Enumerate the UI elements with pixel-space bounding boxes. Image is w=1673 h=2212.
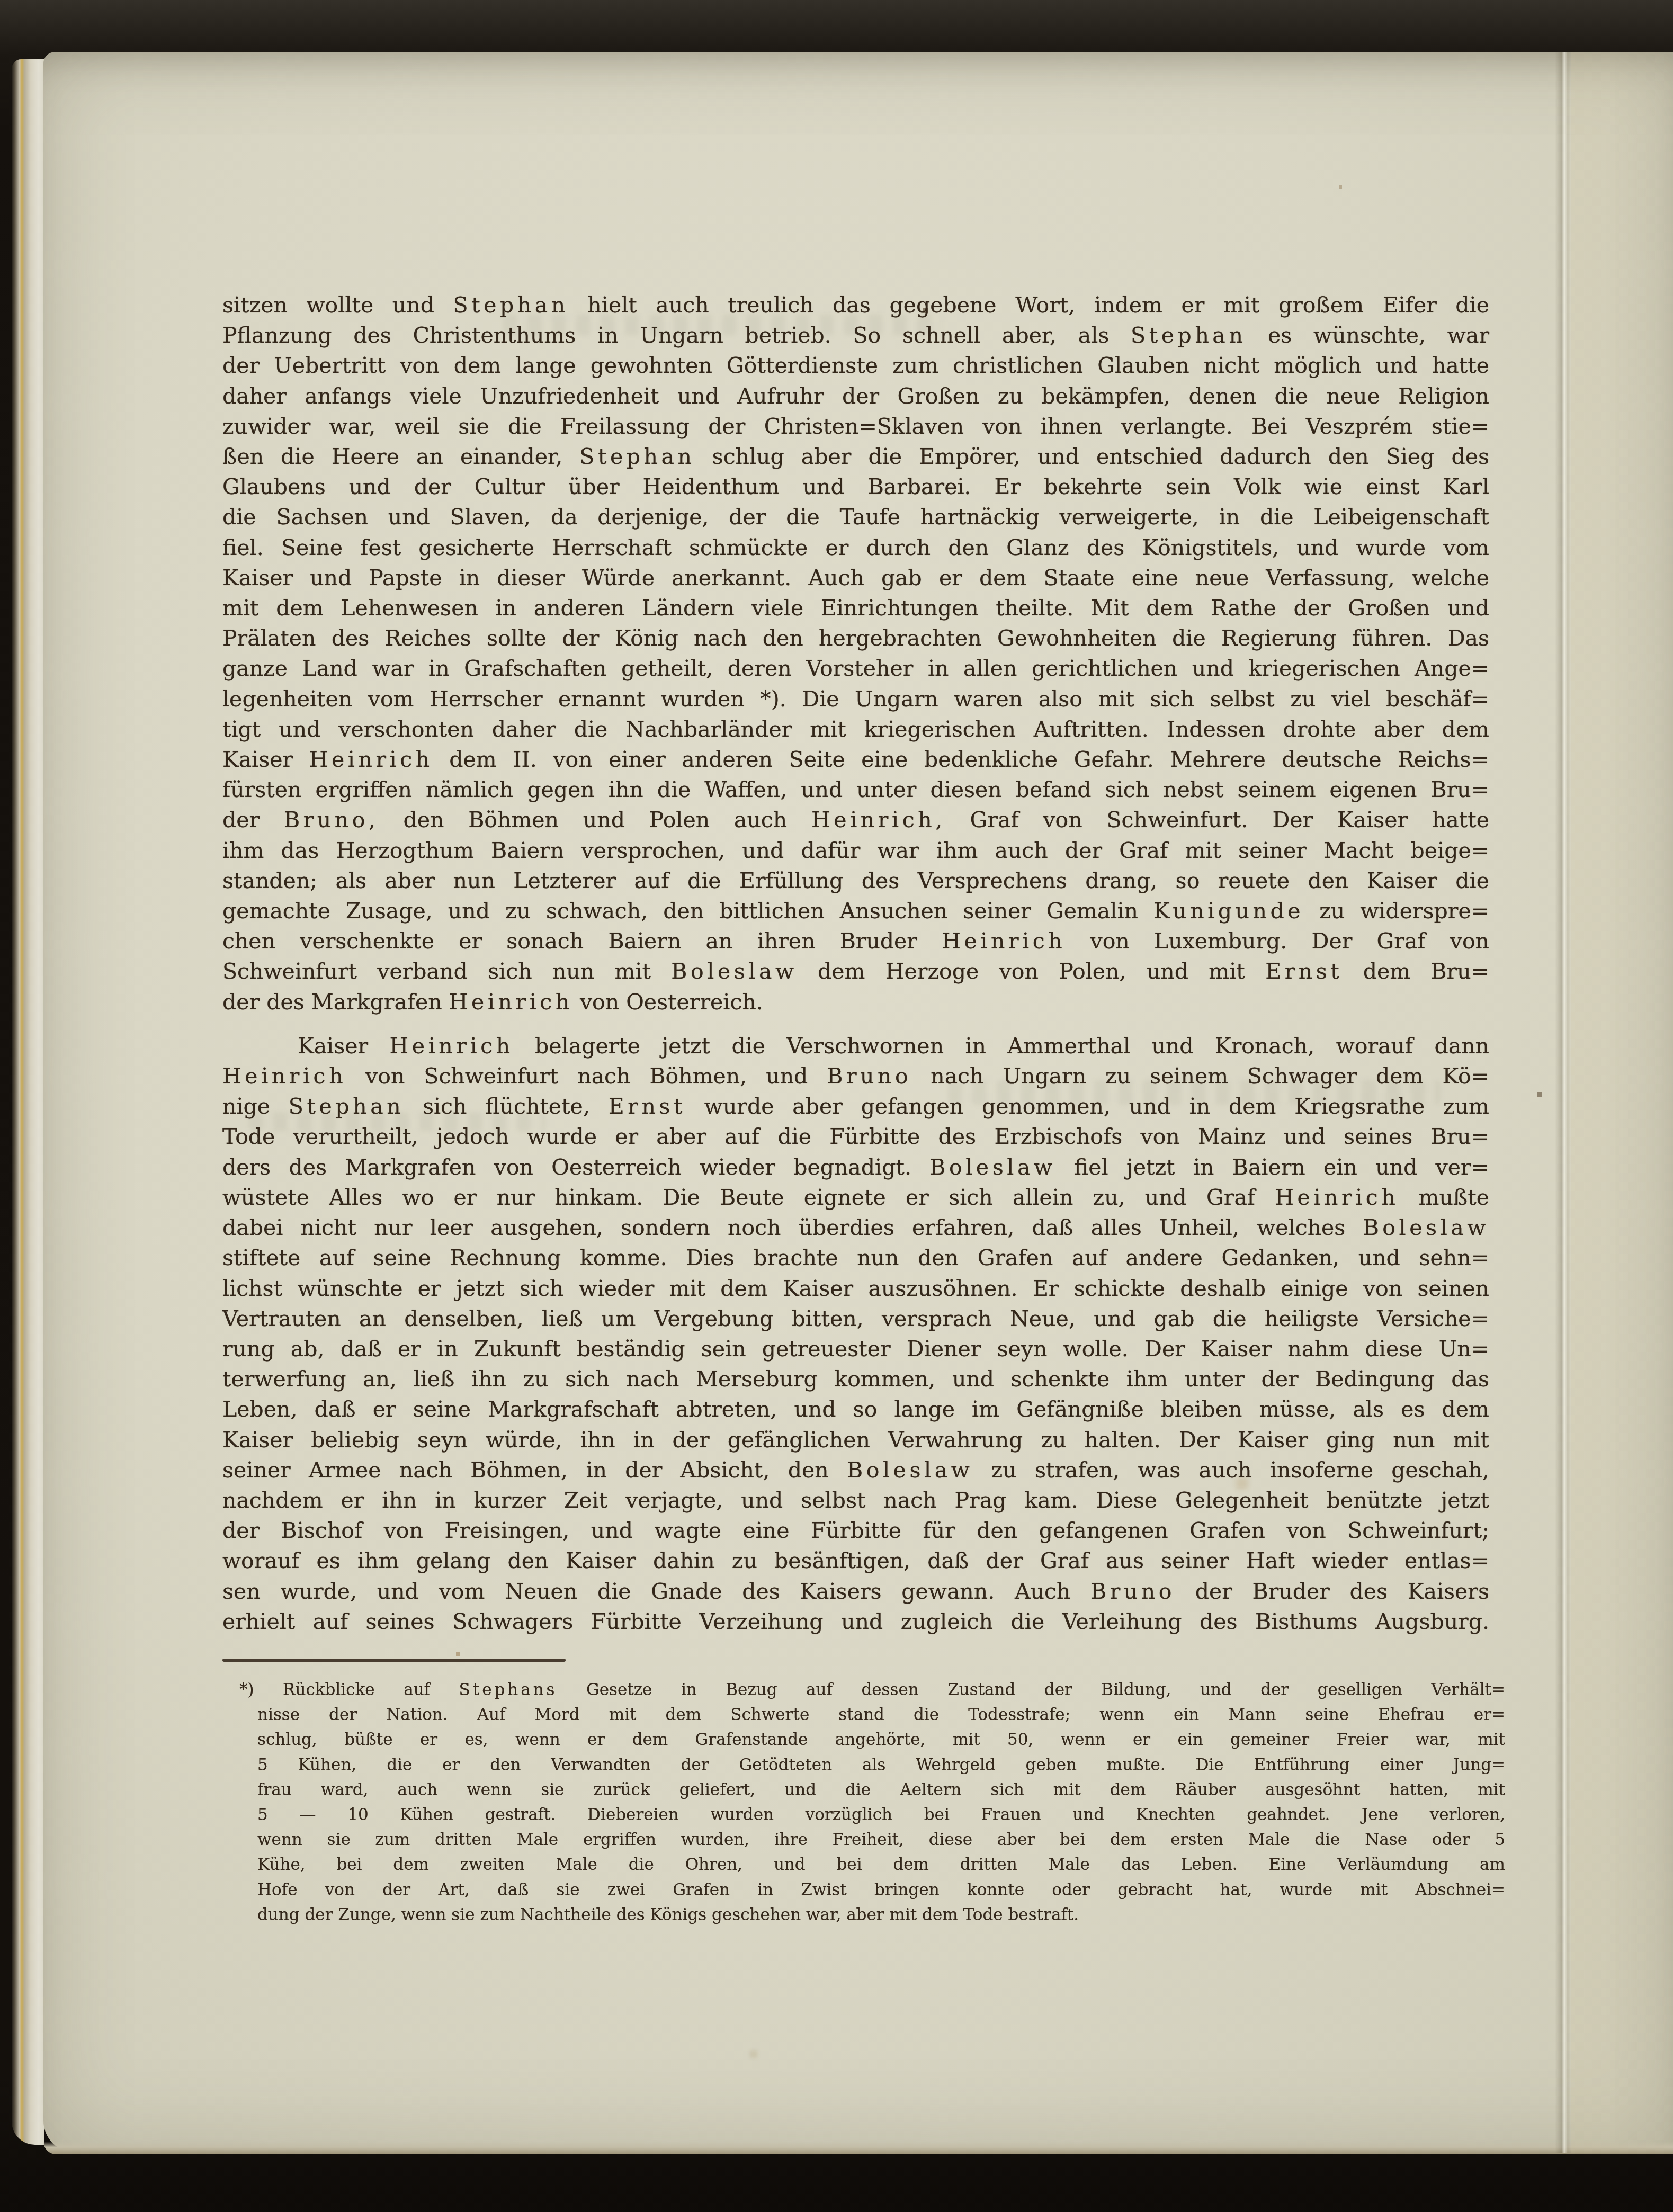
spaced-name: Heinrich <box>942 928 1066 954</box>
paragraph: sitzen wollte und Stephan hielt auch tre… <box>222 290 1489 1017</box>
text-line: mit dem Lehenwesen in anderen Ländern vi… <box>222 593 1489 623</box>
page-edge-stack <box>12 59 44 2145</box>
spaced-name: Heinrich <box>309 747 433 772</box>
text-line: ihm das Herzogthum Baiern versprochen, u… <box>222 836 1489 866</box>
text-line: nachdem er ihn in kurzer Zeit verjagte, … <box>222 1485 1489 1516</box>
text-line: ders des Markgrafen von Oesterreich wied… <box>222 1152 1489 1183</box>
text-line: Leben, daß er seine Markgrafschaft abtre… <box>222 1394 1489 1425</box>
spaced-name: Heinrich <box>449 989 573 1015</box>
text-line: tigt und verschonten daher die Nachbarlä… <box>222 714 1489 745</box>
spaced-name: Stephans <box>459 1680 558 1699</box>
text-line: gemachte Zusage, und zu schwach, den bit… <box>222 896 1489 926</box>
text-line: fürsten ergriffen nämlich gegen ihn die … <box>222 775 1489 805</box>
text-line: der des Markgrafen Heinrich von Oesterre… <box>222 987 1489 1017</box>
spaced-name: Boleslaw <box>1363 1215 1489 1240</box>
footnote-line: 5 — 10 Kühen gestraft. Diebereien wurden… <box>239 1803 1505 1828</box>
text-line: Tode verurtheilt, jedoch wurde er aber a… <box>222 1122 1489 1152</box>
adjacent-page-edge <box>1571 52 1673 2153</box>
text-line: ßen die Heere an einander, Stephan schlu… <box>222 442 1489 472</box>
text-line: Kaiser Heinrich dem II. von einer andere… <box>222 745 1489 775</box>
text-line: lichst wünschte er jetzt sich wieder mit… <box>222 1274 1489 1304</box>
text-line: fiel. Seine fest gesicherte Herrschaft s… <box>222 533 1489 563</box>
page-bottom-edge <box>43 2142 1673 2154</box>
spaced-name: Heinrich <box>222 1063 346 1089</box>
text-line: Prälaten des Reiches sollte der König na… <box>222 623 1489 653</box>
text-line: Pflanzung des Christenthums in Ungarn be… <box>222 320 1489 351</box>
text-line: Vertrauten an denselben, ließ um Vergebu… <box>222 1304 1489 1334</box>
text-line: zuwider war, weil sie die Freilassung de… <box>222 411 1489 442</box>
footnote-line: wenn sie zum dritten Male ergriffen wurd… <box>239 1828 1505 1852</box>
text-line: wüstete Alles wo er nur hinkam. Die Beut… <box>222 1183 1489 1213</box>
text-line: standen; als aber nun Letzterer auf die … <box>222 866 1489 896</box>
spaced-name: Boleslaw <box>847 1457 973 1483</box>
paragraph: Kaiser Heinrich belagerte jetzt die Vers… <box>222 1031 1489 1637</box>
text-line: stiftete auf seine Rechnung komme. Dies … <box>222 1243 1489 1273</box>
footnote-text: *) Rückblicke auf Stephans Gesetze in Be… <box>239 1678 1505 1928</box>
spaced-name: Bruno <box>1090 1579 1175 1604</box>
text-line: terwerfung an, ließ ihn zu sich nach Mer… <box>222 1364 1489 1394</box>
text-line: daher anfangs viele Unzufriedenheit und … <box>222 381 1489 411</box>
text-line: seiner Armee nach Böhmen, in der Absicht… <box>222 1455 1489 1485</box>
text-line: der Bruno, den Böhmen und Polen auch Hei… <box>222 805 1489 835</box>
text-line: Glaubens und der Cultur über Heidenthum … <box>222 472 1489 502</box>
footnote-line: schlug, büßte er es, wenn er dem Grafens… <box>239 1727 1505 1752</box>
spaced-name: Ernst <box>1265 959 1343 984</box>
spaced-name: Kunigunde <box>1153 898 1304 924</box>
footnote-separator <box>222 1659 566 1662</box>
spaced-name: Stephan <box>453 292 569 318</box>
footnote-line: Hofe von der Art, daß sie zwei Grafen in… <box>239 1878 1505 1903</box>
footnote-line: nisse der Nation. Auf Mord mit dem Schwe… <box>239 1703 1505 1727</box>
text-line: Schweinfurt verband sich nun mit Bolesla… <box>222 956 1489 987</box>
main-text: sitzen wollte und Stephan hielt auch tre… <box>222 290 1489 1637</box>
text-line: die Sachsen und Slaven, da derjenige, de… <box>222 502 1489 532</box>
text-line: der Uebertritt von dem lange gewohnten G… <box>222 351 1489 381</box>
text-line: sitzen wollte und Stephan hielt auch tre… <box>222 290 1489 320</box>
spaced-name: Ernst <box>609 1094 686 1119</box>
text-line: der Bischof von Freisingen, und wagte ei… <box>222 1516 1489 1546</box>
footnote-line: *) Rückblicke auf Stephans Gesetze in Be… <box>239 1678 1505 1703</box>
footnote-line: frau ward, auch wenn sie zurück geliefer… <box>239 1778 1505 1803</box>
footnote-line: dung der Zunge, wenn sie zum Nachtheile … <box>239 1903 1505 1928</box>
text-line: chen verschenkte er sonach Baiern an ihr… <box>222 926 1489 956</box>
footnote-line: Kühe, bei dem zweiten Male die Ohren, un… <box>239 1852 1505 1877</box>
text-line: rung ab, daß er in Zukunft beständig sei… <box>222 1334 1489 1364</box>
text-line: Kaiser und Papste in dieser Würde anerka… <box>222 563 1489 593</box>
scan-backdrop: sitzen wollte und Stephan hielt auch tre… <box>0 0 1673 2212</box>
text-line: Kaiser beliebig seyn würde, ihn in der g… <box>222 1425 1489 1455</box>
spaced-name: Stephan <box>1131 323 1246 348</box>
spaced-name: Boleslaw <box>929 1154 1055 1180</box>
page-crease <box>1555 52 1571 2153</box>
spaced-name: Bruno, <box>284 807 379 832</box>
text-line: dabei nicht nur leer ausgehen, sondern n… <box>222 1213 1489 1243</box>
footnote-line: 5 Kühen, die er den Verwandten der Getöd… <box>239 1753 1505 1778</box>
text-line: sen wurde, und vom Neuen die Gnade des K… <box>222 1577 1489 1607</box>
paper-specks <box>0 0 1 1</box>
text-line: ganze Land war in Grafschaften getheilt,… <box>222 653 1489 684</box>
spaced-name: Heinrich <box>1275 1185 1399 1210</box>
text-line: nige Stephan sich flüchtete, Ernst wurde… <box>222 1091 1489 1122</box>
text-line: Heinrich von Schweinfurt nach Böhmen, un… <box>222 1061 1489 1091</box>
spaced-name: Stephan <box>289 1094 404 1119</box>
spaced-name: Stephan <box>579 444 695 469</box>
text-line: legenheiten vom Herrscher ernannt wurden… <box>222 684 1489 714</box>
text-line: Kaiser Heinrich belagerte jetzt die Vers… <box>222 1031 1489 1061</box>
text-line: erhielt auf seines Schwagers Fürbitte Ve… <box>222 1607 1489 1637</box>
spaced-name: Boleslaw <box>671 959 797 984</box>
spaced-name: Bruno <box>827 1063 911 1089</box>
spaced-name: Heinrich <box>390 1033 514 1059</box>
text-line: worauf es ihm gelang den Kaiser dahin zu… <box>222 1546 1489 1576</box>
spaced-name: Heinrich, <box>811 807 946 832</box>
